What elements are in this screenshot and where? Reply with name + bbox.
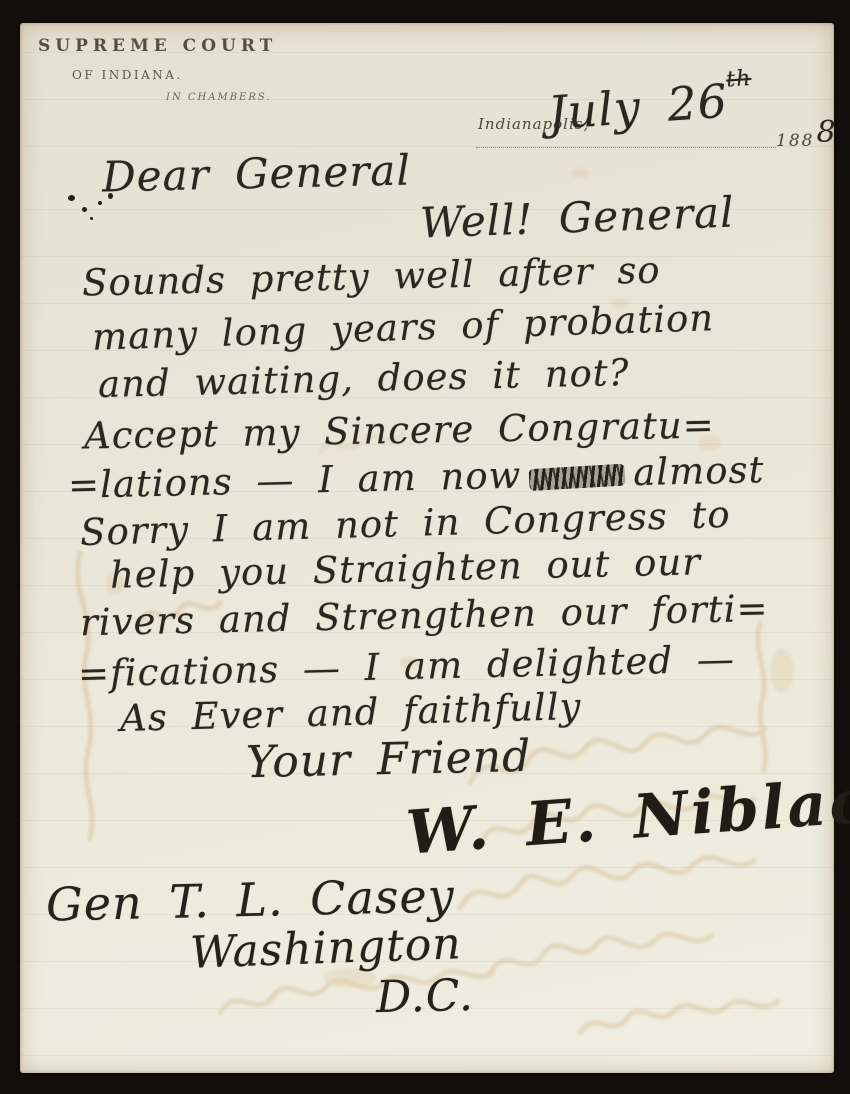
scanned-letter-page: { "letterhead": { "court": "SUPREME COUR…	[0, 0, 850, 1094]
handwritten-line: Well! General	[419, 188, 735, 248]
handwritten-line: =fications — I am delighted —	[78, 638, 736, 696]
date-ordinal: th	[725, 66, 752, 93]
handwritten-line: rivers and Strengthen our forti=	[80, 587, 769, 644]
ink-splatter-dot	[90, 217, 93, 220]
handwritten-year-digit: 8	[816, 115, 837, 150]
scan-background: SUPREME COURT OF INDIANA. IN CHAMBERS. I…	[0, 0, 850, 1094]
letterhead-chambers: IN CHAMBERS.	[166, 92, 272, 103]
handwritten-date: July 26th	[546, 72, 754, 140]
salutation: Dear General	[101, 146, 411, 202]
closing-line: Your Friend	[245, 731, 531, 788]
date-dotted-line	[476, 147, 776, 148]
printed-year-prefix: 188	[776, 131, 814, 151]
ink-splatter-dot	[68, 195, 75, 201]
ink-splatter-dot	[98, 201, 102, 205]
handwritten-line: Accept my Sincere Congratu=	[84, 404, 715, 458]
year-field: 1888	[776, 119, 836, 154]
date-text: July 26	[546, 74, 729, 140]
letterhead-state: OF INDIANA.	[72, 68, 183, 82]
scribbled-out-word	[529, 463, 626, 490]
handwritten-line: Sounds pretty well after so	[82, 248, 661, 304]
handwritten-text: =lations — I am now	[68, 454, 522, 507]
letterhead-court-name: SUPREME COURT	[38, 36, 277, 56]
letter-paper: SUPREME COURT OF INDIANA. IN CHAMBERS. I…	[20, 23, 834, 1073]
ink-splatter-dot	[82, 207, 87, 212]
recipient-city: Washington	[189, 918, 462, 978]
handwritten-text: almost	[633, 448, 765, 494]
handwritten-line: and waiting, does it not?	[98, 351, 630, 406]
recipient-district: D.C.	[375, 970, 474, 1023]
handwritten-line: many long years of probation	[91, 296, 714, 359]
